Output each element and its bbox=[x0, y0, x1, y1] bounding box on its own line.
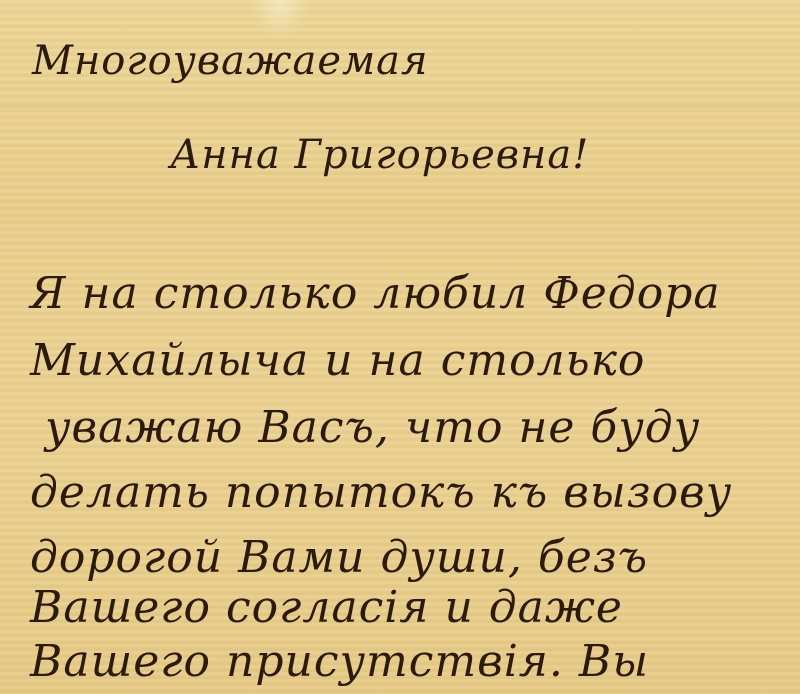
paper-fold-line bbox=[0, 104, 800, 110]
body-line-1: Я на столько любил Федора bbox=[30, 268, 721, 319]
salutation-line-2: Анна Григорьевна! bbox=[170, 132, 589, 178]
body-line-2: Михайлыча и на столько bbox=[30, 335, 645, 386]
letter-page: Многоуважаемая Анна Григорьевна! Я на ст… bbox=[0, 0, 800, 694]
salutation-line-1: Многоуважаемая bbox=[32, 38, 429, 84]
body-line-7: Вашего присутствія. Вы bbox=[30, 636, 649, 687]
body-line-4: делать попытокъ къ вызову bbox=[30, 467, 732, 518]
body-line-3: уважаю Васъ, что не буду bbox=[45, 402, 700, 453]
body-line-6: Вашего согласія и даже bbox=[30, 582, 623, 633]
paper-crease bbox=[250, 0, 310, 40]
body-line-5: дорогой Вами души, безъ bbox=[30, 532, 648, 583]
